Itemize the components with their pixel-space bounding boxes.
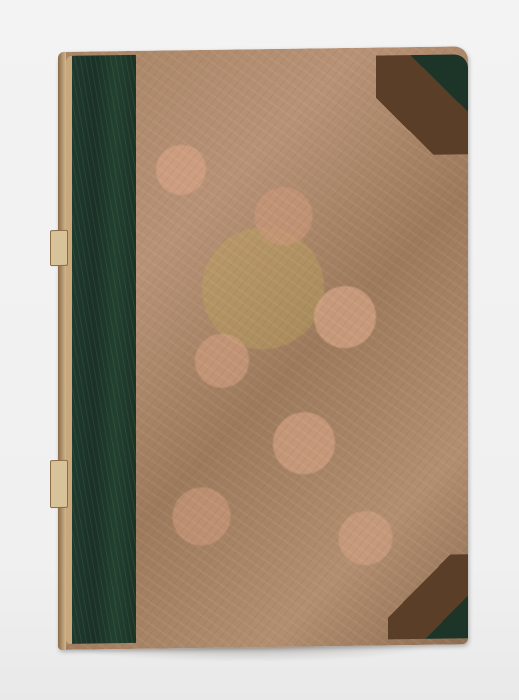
paper-tab-upper [50,230,68,266]
page-edge [58,52,66,650]
antique-book [58,46,468,650]
paper-tab-lower [50,460,68,508]
leather-corner-top-right [376,54,468,155]
green-leather-spine [66,55,136,644]
leather-corner-bottom-right [388,554,468,639]
